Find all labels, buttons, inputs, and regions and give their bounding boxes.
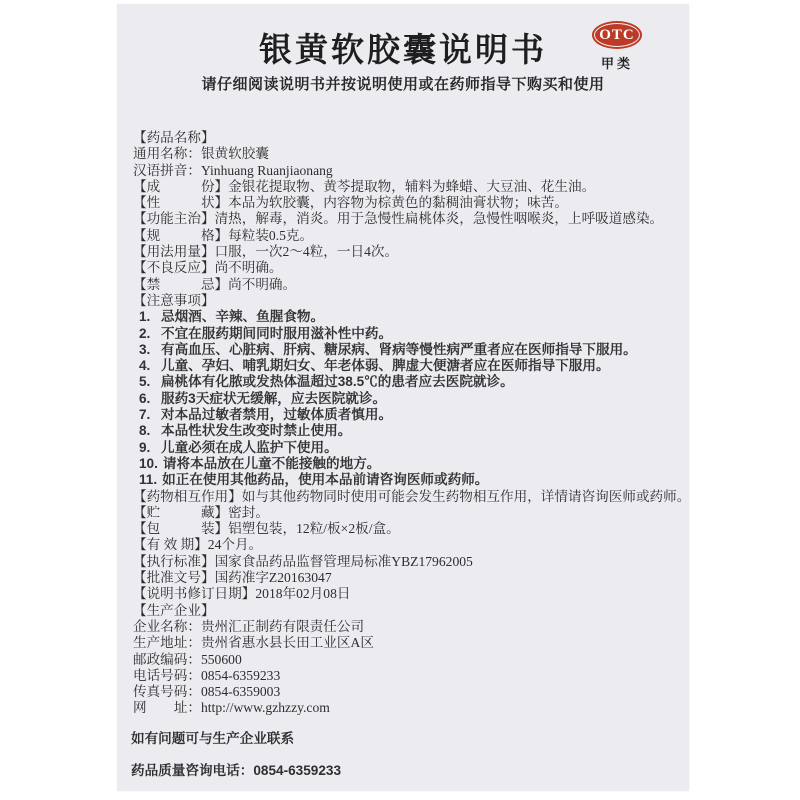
leaflet-line: 7.对本品过敏者禁用，过敏体质者慎用。 bbox=[133, 407, 683, 423]
leaflet-line: 【包 装】铝塑包装，12粒/板×2板/盒。 bbox=[133, 521, 683, 537]
line-text: 儿童必须在成人监护下使用。 bbox=[161, 440, 338, 455]
item-number: 3. bbox=[139, 342, 156, 358]
item-number: 8. bbox=[139, 423, 156, 439]
otc-category-label: 甲类 bbox=[590, 53, 644, 72]
leaflet-line: 邮政编码：550600 bbox=[133, 652, 683, 668]
otc-label: OTC bbox=[599, 27, 635, 44]
line-text: 尚不明确。 bbox=[228, 277, 296, 292]
item-number: 1. bbox=[139, 309, 156, 325]
leaflet-footer: 如有问题可与生产企业联系 药品质量咨询电话：0854-6359233 bbox=[131, 731, 683, 780]
line-text: 密封。 bbox=[228, 505, 269, 520]
section-label: 【成 份】 bbox=[133, 179, 228, 194]
leaflet-line: 【不良反应】尚不明确。 bbox=[133, 260, 683, 276]
section-label: 【药物相互作用】 bbox=[133, 489, 242, 504]
leaflet-line: 【生产企业】 bbox=[133, 603, 683, 619]
leaflet-line: 【成 份】金银花提取物、黄芩提取物，辅料为蜂蜡、大豆油、花生油。 bbox=[133, 179, 683, 195]
item-number: 2. bbox=[139, 326, 156, 342]
leaflet-line: 【有 效 期】24个月。 bbox=[133, 537, 683, 553]
leaflet-line: 网 址：http://www.gzhzzy.com bbox=[133, 700, 683, 716]
item-number: 6. bbox=[139, 391, 156, 407]
section-label: 【有 效 期】 bbox=[133, 537, 208, 552]
leaflet-body: 【药品名称】 通用名称：银黄软胶囊 汉语拼音：Yinhuang Ruanjiao… bbox=[133, 130, 683, 717]
line-text: 清热，解毒，消炎。用于急慢性扁桃体炎，急慢性咽喉炎，上呼吸道感染。 bbox=[215, 211, 664, 226]
line-text: 扁桃体有化脓或发热体温超过38.5℃的患者应去医院就诊。 bbox=[161, 374, 514, 389]
leaflet-line: 生产地址：贵州省惠水县长田工业区A区 bbox=[133, 635, 683, 651]
item-number: 7. bbox=[139, 407, 156, 423]
section-label: 【生产企业】 bbox=[133, 603, 215, 618]
line-text: 国药准字Z20163047 bbox=[215, 570, 332, 585]
leaflet-line: 【性 状】本品为软胶囊，内容物为棕黄色的黏稠油膏状物；味苦。 bbox=[133, 195, 683, 211]
leaflet-line: 4.儿童、孕妇、哺乳期妇女、年老体弱、脾虚大便溏者应在医师指导下服用。 bbox=[133, 358, 683, 374]
leaflet-line: 【说明书修订日期】2018年02月08日 bbox=[133, 586, 683, 602]
line-text: 如正在使用其他药品，使用本品前请咨询医师或药师。 bbox=[162, 472, 488, 487]
leaflet-line: 10.请将本品放在儿童不能接触的地方。 bbox=[133, 456, 683, 472]
section-label: 【用法用量】 bbox=[133, 244, 215, 259]
leaflet-line: 8.本品性状发生改变时禁止使用。 bbox=[133, 423, 683, 439]
item-number: 10. bbox=[139, 456, 158, 472]
line-text: 不宜在服药期间同时服用滋补性中药。 bbox=[161, 326, 392, 341]
section-label: 【说明书修订日期】 bbox=[133, 586, 255, 601]
line-text: 网 址：http://www.gzhzzy.com bbox=[133, 700, 330, 715]
line-text: 通用名称：银黄软胶囊 bbox=[133, 146, 269, 161]
line-text: 忌烟酒、辛辣、鱼腥食物。 bbox=[161, 309, 324, 324]
leaflet-line: 电话号码：0854-6359233 bbox=[133, 668, 683, 684]
section-label: 【贮 藏】 bbox=[133, 505, 228, 520]
line-text: 儿童、孕妇、哺乳期妇女、年老体弱、脾虚大便溏者应在医师指导下服用。 bbox=[161, 358, 610, 373]
leaflet-line: 1.忌烟酒、辛辣、鱼腥食物。 bbox=[133, 309, 683, 325]
item-number: 5. bbox=[139, 374, 156, 390]
line-text: 本品为软胶囊，内容物为棕黄色的黏稠油膏状物；味苦。 bbox=[228, 195, 568, 210]
leaflet-line: 5.扁桃体有化脓或发热体温超过38.5℃的患者应去医院就诊。 bbox=[133, 374, 683, 390]
leaflet-line: 9.儿童必须在成人监护下使用。 bbox=[133, 440, 683, 456]
section-label: 【药品名称】 bbox=[133, 130, 215, 145]
leaflet-line: 【批准文号】国药准字Z20163047 bbox=[133, 570, 683, 586]
leaflet-line: 【注意事项】 bbox=[133, 293, 683, 309]
leaflet-line: 【执行标准】国家食品药品监督管理局标准YBZ17962005 bbox=[133, 554, 683, 570]
line-text: 金银花提取物、黄芩提取物，辅料为蜂蜡、大豆油、花生油。 bbox=[228, 179, 595, 194]
line-text: 本品性状发生改变时禁止使用。 bbox=[161, 423, 351, 438]
line-text: 铝塑包装，12粒/板×2板/盒。 bbox=[228, 521, 400, 536]
leaflet-line: 【药物相互作用】如与其他药物同时使用可能会发生药物相互作用，详情请咨询医师或药师… bbox=[133, 489, 683, 505]
line-text: 生产地址：贵州省惠水县长田工业区A区 bbox=[133, 635, 374, 650]
line-text: 对本品过敏者禁用，过敏体质者慎用。 bbox=[161, 407, 392, 422]
otc-icon: OTC bbox=[592, 21, 642, 49]
leaflet-line: 11.如正在使用其他药品，使用本品前请咨询医师或药师。 bbox=[133, 472, 683, 488]
leaflet-line: 6.服药3天症状无缓解，应去医院就诊。 bbox=[133, 391, 683, 407]
leaflet-page: OTC 甲类 银黄软胶囊说明书 请仔细阅读说明书并按说明使用或在药师指导下购买和… bbox=[117, 4, 689, 791]
line-text: 24个月。 bbox=[208, 537, 262, 552]
leaflet-line: 【功能主治】清热，解毒，消炎。用于急慢性扁桃体炎，急慢性咽喉炎，上呼吸道感染。 bbox=[133, 211, 683, 227]
section-label: 【注意事项】 bbox=[133, 293, 215, 308]
otc-badge: OTC 甲类 bbox=[590, 21, 644, 72]
screenshot-canvas: OTC 甲类 银黄软胶囊说明书 请仔细阅读说明书并按说明使用或在药师指导下购买和… bbox=[0, 0, 800, 800]
line-text: 如与其他药物同时使用可能会发生药物相互作用，详情请咨询医师或药师。 bbox=[242, 489, 689, 504]
item-number: 11. bbox=[139, 472, 157, 488]
leaflet-line: 传真号码：0854-6359003 bbox=[133, 684, 683, 700]
leaflet-line: 【药品名称】 bbox=[133, 130, 683, 146]
contact-note: 如有问题可与生产企业联系 bbox=[131, 731, 683, 747]
leaflet-line: 通用名称：银黄软胶囊 bbox=[133, 146, 683, 162]
section-label: 【禁 忌】 bbox=[133, 277, 228, 292]
line-text: 邮政编码：550600 bbox=[133, 652, 242, 667]
line-text: 汉语拼音：Yinhuang Ruanjiaonang bbox=[133, 163, 333, 178]
section-label: 【性 状】 bbox=[133, 195, 228, 210]
line-text: 传真号码：0854-6359003 bbox=[133, 684, 280, 699]
leaflet-line: 【规 格】每粒装0.5克。 bbox=[133, 228, 683, 244]
line-text: 服药3天症状无缓解，应去医院就诊。 bbox=[161, 391, 386, 406]
leaflet-line: 【用法用量】口服，一次2～4粒，一日4次。 bbox=[133, 244, 683, 260]
line-text: 请将本品放在儿童不能接触的地方。 bbox=[163, 456, 381, 471]
section-label: 【批准文号】 bbox=[133, 570, 215, 585]
leaflet-line: 【禁 忌】尚不明确。 bbox=[133, 277, 683, 293]
line-text: 有高血压、心脏病、肝病、糖尿病、肾病等慢性病严重者应在医师指导下服用。 bbox=[161, 342, 637, 357]
line-text: 尚不明确。 bbox=[215, 260, 283, 275]
usage-notice: 请仔细阅读说明书并按说明使用或在药师指导下购买和使用 bbox=[117, 76, 689, 94]
section-label: 【执行标准】 bbox=[133, 554, 215, 569]
section-label: 【包 装】 bbox=[133, 521, 228, 536]
item-number: 9. bbox=[139, 440, 156, 456]
line-text: 企业名称：贵州汇正制药有限责任公司 bbox=[133, 619, 364, 634]
leaflet-line: 企业名称：贵州汇正制药有限责任公司 bbox=[133, 619, 683, 635]
leaflet-line: 2.不宜在服药期间同时服用滋补性中药。 bbox=[133, 326, 683, 342]
line-text: 2018年02月08日 bbox=[255, 586, 350, 601]
section-label: 【功能主治】 bbox=[133, 211, 215, 226]
leaflet-line: 3.有高血压、心脏病、肝病、糖尿病、肾病等慢性病严重者应在医师指导下服用。 bbox=[133, 342, 683, 358]
section-label: 【规 格】 bbox=[133, 228, 228, 243]
line-text: 电话号码：0854-6359233 bbox=[133, 668, 280, 683]
leaflet-line: 汉语拼音：Yinhuang Ruanjiaonang bbox=[133, 163, 683, 179]
leaflet-line: 【贮 藏】密封。 bbox=[133, 505, 683, 521]
section-label: 【不良反应】 bbox=[133, 260, 215, 275]
line-text: 每粒装0.5克。 bbox=[228, 228, 313, 243]
item-number: 4. bbox=[139, 358, 156, 374]
quality-phone: 药品质量咨询电话：0854-6359233 bbox=[131, 763, 683, 779]
line-text: 国家食品药品监督管理局标准YBZ17962005 bbox=[215, 554, 473, 569]
line-text: 口服，一次2～4粒，一日4次。 bbox=[215, 244, 399, 259]
